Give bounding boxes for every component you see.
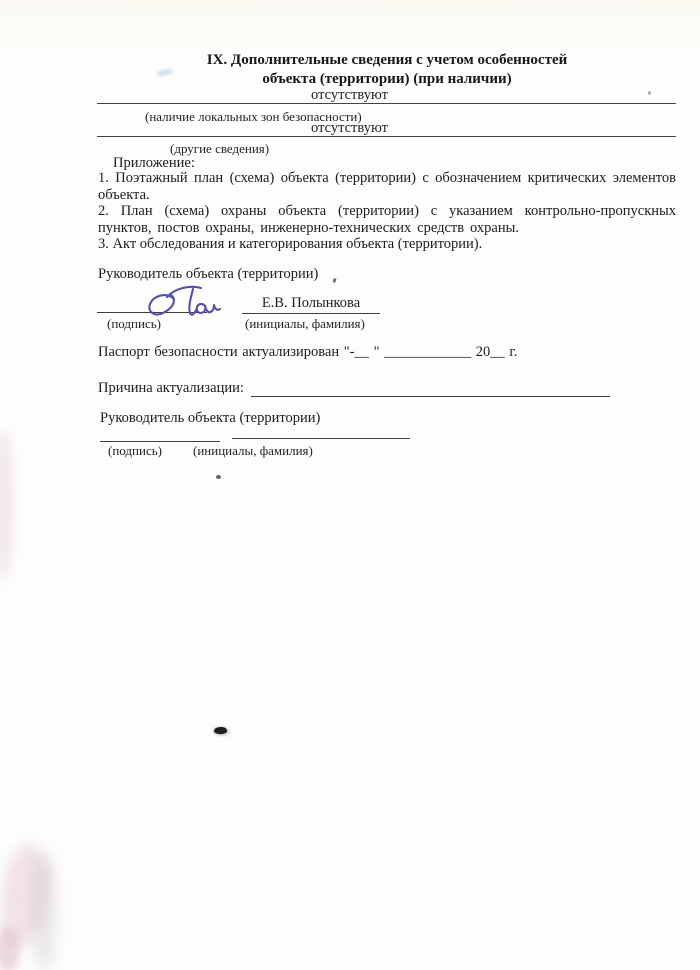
name-line [232, 421, 410, 439]
section-title-line1: IX. Дополнительные сведения с учетом осо… [98, 51, 676, 70]
signature-line [100, 424, 220, 442]
field-value: отсутствуют [311, 87, 388, 103]
name-caption: (инициалы, фамилия) [193, 444, 313, 458]
signatory-role: Руководитель объекта (территории) [98, 266, 318, 283]
document-page: IX. Дополнительные сведения с учетом осо… [0, 0, 700, 970]
other-information-field: отсутствуют [97, 119, 676, 137]
signature-caption: (подпись) [108, 444, 162, 458]
local-security-zones-field: отсутствуют [97, 86, 676, 104]
name-caption: (инициалы, фамилия) [245, 317, 365, 331]
appendix-list: 1. Поэтажный план (схема) объекта (терри… [98, 170, 676, 253]
field-caption: (другие сведения) [170, 142, 269, 156]
signature-caption: (подпись) [107, 317, 161, 331]
scan-smudge-left-edge [0, 430, 13, 580]
section-title: IX. Дополнительные сведения с учетом осо… [98, 51, 676, 88]
appendix-item-line: 2. План (схема) охраны объекта (территор… [98, 203, 676, 220]
actualization-reason-row: Причина актуализации: [98, 379, 610, 397]
ink-blot [214, 727, 227, 734]
actualization-line: Паспорт безопасности актуализирован "-__… [98, 344, 517, 361]
appendix-item-line: пунктов, постов охраны, инженерно-технич… [98, 220, 676, 237]
scan-smudge-bottom-left [0, 843, 54, 948]
scan-smudge-bottom-left [32, 855, 56, 970]
field-value: отсутствуют [311, 120, 388, 136]
scan-artifact [332, 278, 336, 284]
signatory-name: Е.В. Полынкова [242, 295, 380, 314]
appendix-item-line: 3. Акт обследования и категорирования об… [98, 236, 676, 253]
appendix-item-line: объекта. [98, 187, 676, 204]
scan-smudge-bottom-left [0, 926, 20, 970]
reason-label: Причина актуализации: [98, 379, 244, 397]
appendix-item-line: 1. Поэтажный план (схема) объекта (терри… [98, 170, 676, 187]
ink-speck [216, 475, 221, 479]
reason-blank-line [251, 379, 610, 397]
